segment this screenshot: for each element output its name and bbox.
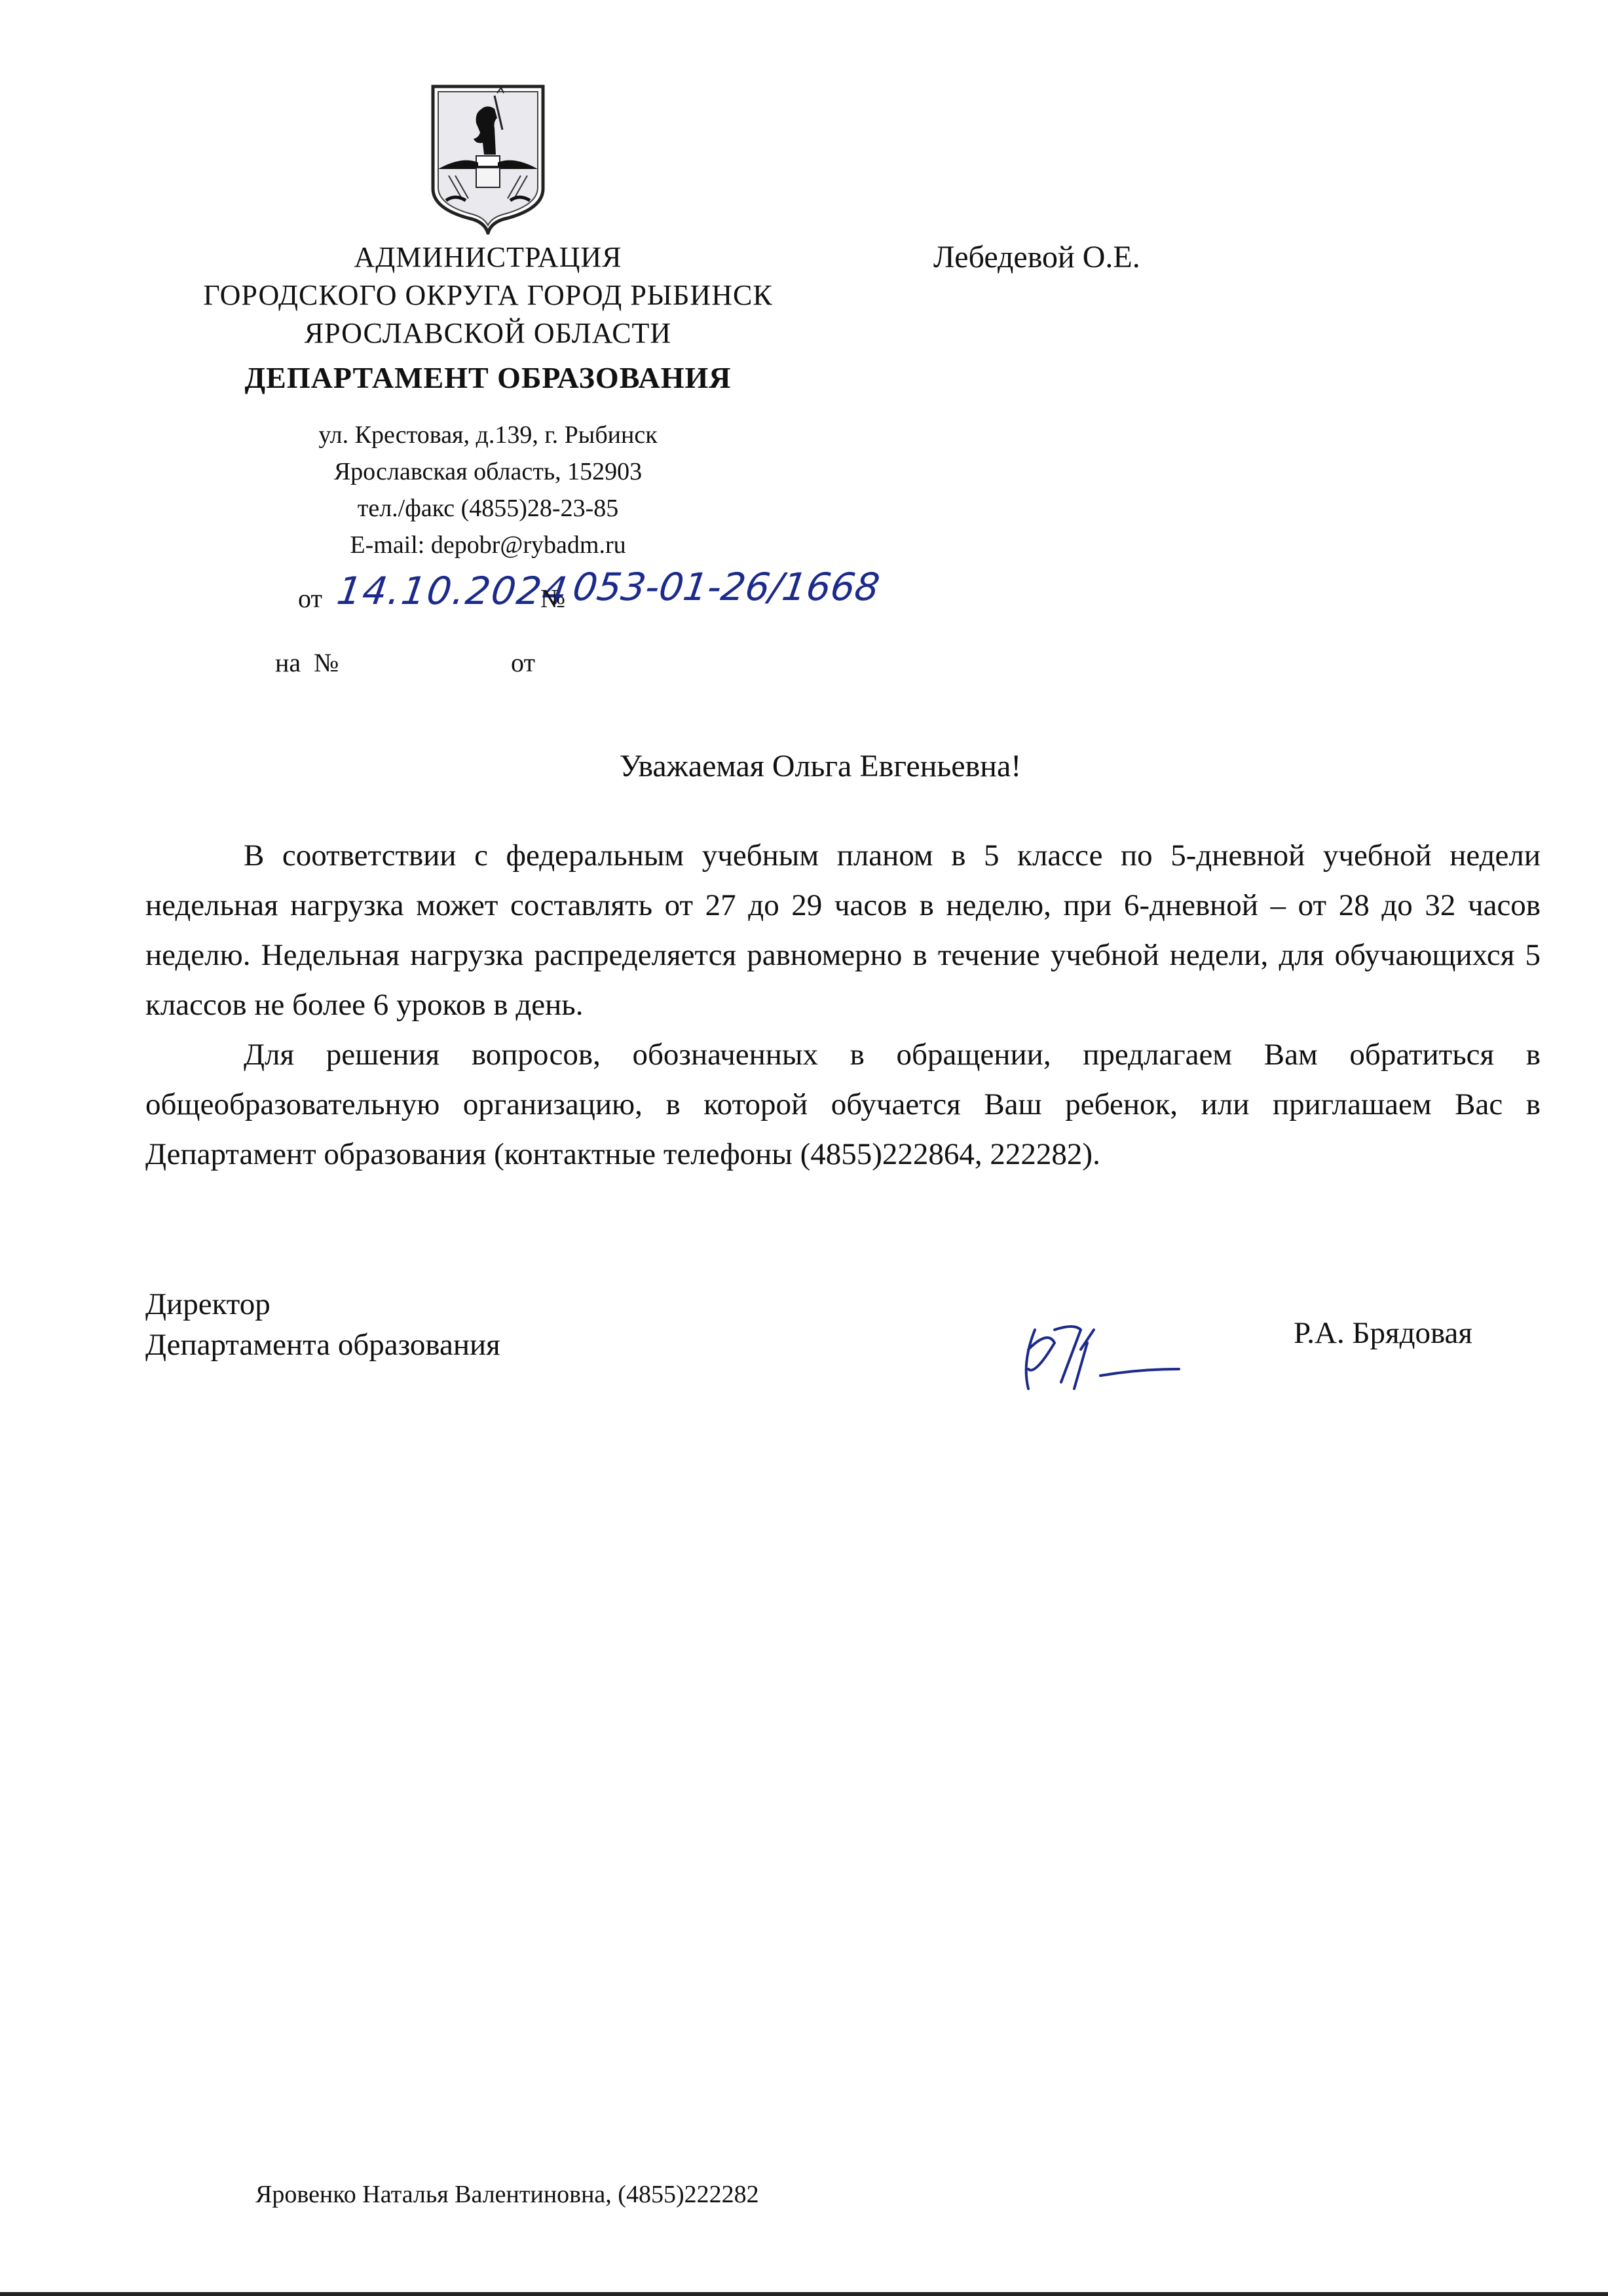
address-email: E-mail: depobr@rybadm.ru: [157, 527, 819, 563]
registration-number-handwritten: 053-01-26/1668: [570, 565, 882, 609]
signature-position: Директор Департамента образования: [145, 1284, 500, 1365]
recipient-name: Лебедевой О.Е.: [933, 237, 1140, 278]
signer-name: Р.А. Брядовая: [1294, 1315, 1472, 1351]
letterhead-line-region: ЯРОСЛАВСКОЙ ОБЛАСТИ: [157, 314, 819, 352]
letter-body: В соответствии с федеральным учебным пла…: [145, 831, 1541, 1179]
letterhead-line-city: ГОРОДСКОГО ОКРУГА ГОРОД РЫБИНСК: [157, 276, 819, 314]
address-region: Ярославская область, 152903: [157, 453, 819, 490]
address-phone-fax: тел./факс (4855)28-23-85: [157, 490, 819, 527]
handwritten-signature: [1009, 1304, 1238, 1402]
coat-of-arms-emblem: [429, 84, 547, 235]
signature-position-line1: Директор: [145, 1284, 500, 1325]
body-paragraph: В соответствии с федеральным учебным пла…: [145, 831, 1541, 1030]
executor-contact: Яровенко Наталья Валентиновна, (4855)222…: [255, 2180, 759, 2209]
body-paragraph: Для решения вопросов, обозначенных в обр…: [145, 1030, 1541, 1179]
page-edge: [0, 2292, 1608, 2296]
letterhead-org-name: АДМИНИСТРАЦИЯ ГОРОДСКОГО ОКРУГА ГОРОД РЫ…: [157, 238, 819, 352]
department-name: ДЕПАРТАМЕНТ ОБРАЗОВАНИЯ: [157, 360, 819, 395]
department-address: ул. Крестовая, д.139, г. Рыбинск Ярослав…: [157, 417, 819, 563]
reply-from-label: от: [511, 647, 535, 678]
registration-date-handwritten: 14.10.2024: [334, 569, 571, 613]
address-street: ул. Крестовая, д.139, г. Рыбинск: [157, 417, 819, 453]
registration-number-label: №: [540, 583, 565, 614]
reply-number-label: на №: [275, 647, 339, 678]
registration-line: от 14.10.2024 № 053-01-26/1668: [298, 569, 888, 621]
registration-from-label: от: [298, 583, 322, 614]
letterhead-line-administration: АДМИНИСТРАЦИЯ: [157, 238, 819, 276]
signature-position-line2: Департамента образования: [145, 1325, 500, 1365]
salutation: Уважаемая Ольга Евгеньевна!: [0, 748, 1608, 784]
reply-reference: на № от: [275, 647, 668, 687]
